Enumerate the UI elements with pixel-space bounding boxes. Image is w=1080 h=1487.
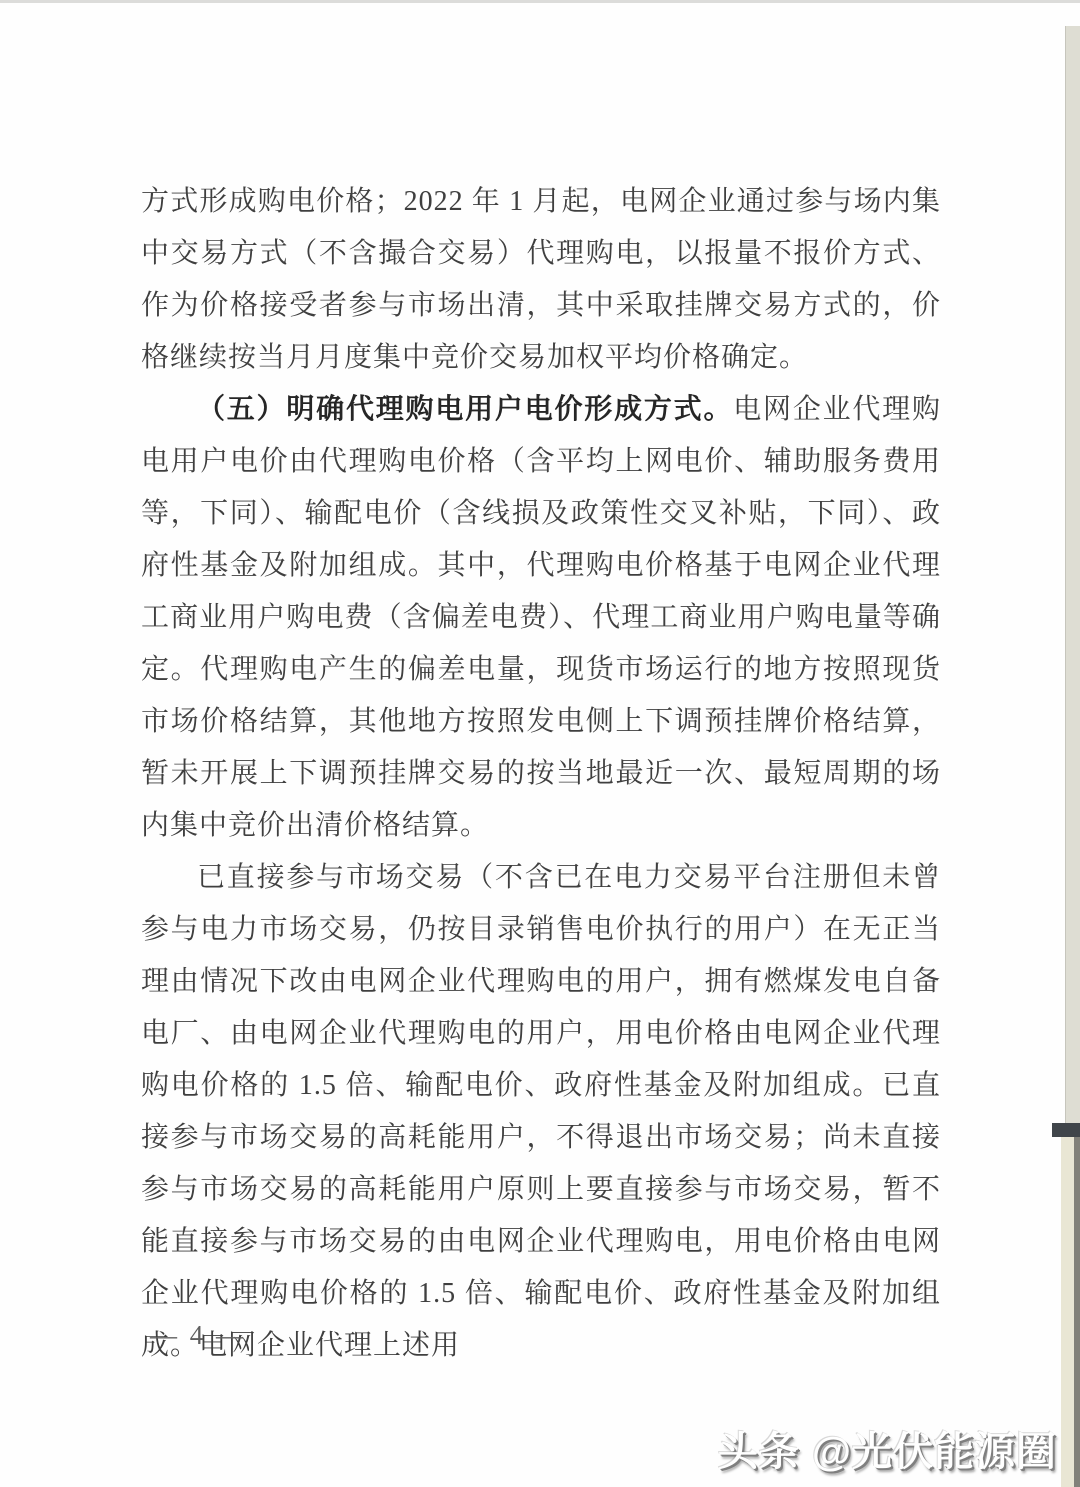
paragraph-continuation: 方式形成购电价格；2022 年 1 月起，电网企业通过参与场内集中交易方式（不含… [141,176,941,384]
document-body-text: 方式形成购电价格；2022 年 1 月起，电网企业通过参与场内集中交易方式（不含… [141,176,941,1372]
paragraph-market-trading-users: 已直接参与市场交易（不含已在电力交易平台注册但未曾参与电力市场交易，仍按目录销售… [141,852,941,1372]
scanned-document-page: 方式形成购电价格；2022 年 1 月起，电网企业通过参与场内集中交易方式（不含… [0,0,1080,1487]
scan-right-edge-beige [1061,1137,1074,1487]
page-number: — 4 — [150,1320,246,1351]
watermark-toutiao: 头条 @光伏能源圈 [718,1420,1057,1477]
scan-top-edge [0,0,1080,3]
paragraph-item-five-body: 电网企业代理购电用户电价由代理购电价格（含平均上网电价、辅助服务费用等，下同）、… [141,394,941,841]
paragraph-item-five: （五）明确代理购电用户电价形成方式。电网企业代理购电用户电价由代理购电价格（含平… [141,384,941,852]
scan-right-edge-shadow [1074,1137,1080,1487]
paragraph-item-five-heading: （五）明确代理购电用户电价形成方式。 [197,394,733,425]
scan-right-edge-dark-band [1052,1123,1080,1137]
